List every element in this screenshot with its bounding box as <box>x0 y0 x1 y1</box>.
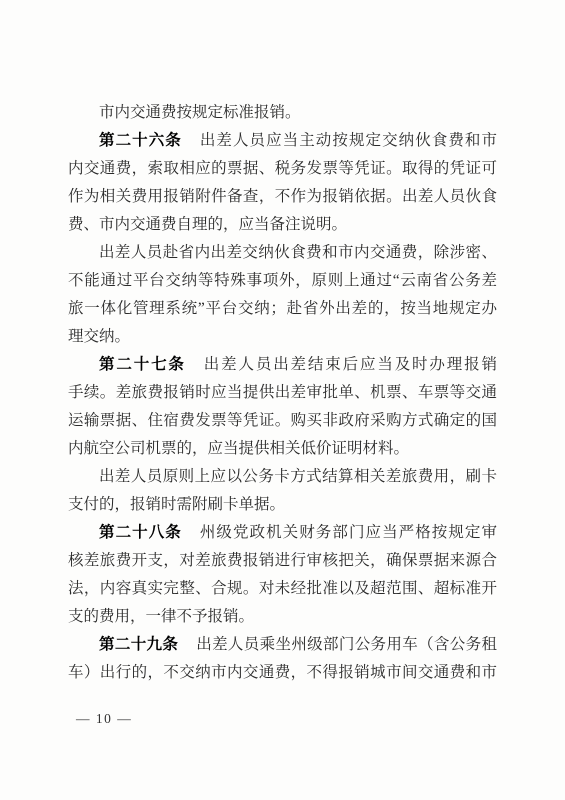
line-text: 车）出行的，不交纳市内交通费，不得报销城市间交通费和市 <box>68 664 497 681</box>
doc-line-article-28: 第二十八条州级党政机关财务部门应当严格按规定审 <box>68 519 497 547</box>
doc-line: 旅一体化管理系统”平台交纳；赴省外出差的，按当地规定办 <box>68 295 497 323</box>
line-text: 州级党政机关财务部门应当严格按规定审 <box>200 524 497 541</box>
doc-line: 支付的，报销时需附刷卡单据。 <box>68 491 497 519</box>
doc-line: 手续。差旅费报销时应当提供出差审批单、机票、车票等交通 <box>68 379 497 407</box>
doc-line: 核差旅费开支，对差旅费报销进行审核把关，确保票据来源合 <box>68 547 497 575</box>
doc-line: 法，内容真实完整、合规。对未经批准以及超范围、超标准开 <box>68 575 497 603</box>
doc-line-article-27: 第二十七条出差人员出差结束后应当及时办理报销 <box>68 351 497 379</box>
line-text: 不能通过平台交纳等特殊事项外，原则上通过“云南省公务差 <box>68 272 497 289</box>
doc-line: 内航空公司机票的，应当提供相关低价证明材料。 <box>68 435 497 463</box>
article-number: 第二十九条 <box>99 636 178 653</box>
doc-line: 费、市内交通费自理的，应当备注说明。 <box>68 211 497 239</box>
line-text: 手续。差旅费报销时应当提供出差审批单、机票、车票等交通 <box>68 384 497 401</box>
line-text: 出差人员原则上应以公务卡方式结算相关差旅费用，刷卡 <box>99 468 497 485</box>
line-text: 作为相关费用报销附件备查，不作为报销依据。出差人员伙食 <box>68 188 497 205</box>
doc-line-article-29: 第二十九条出差人员乘坐州级部门公务用车（含公务租 <box>68 631 497 659</box>
line-text: 内航空公司机票的，应当提供相关低价证明材料。 <box>68 440 409 457</box>
line-text: 费、市内交通费自理的，应当备注说明。 <box>68 216 347 233</box>
doc-line-article-26: 第二十六条出差人员应当主动按规定交纳伙食费和市 <box>68 127 497 155</box>
article-number: 第二十七条 <box>99 356 186 373</box>
doc-line: 内交通费，索取相应的票据、税务发票等凭证。取得的凭证可 <box>68 155 497 183</box>
doc-line: 作为相关费用报销附件备查，不作为报销依据。出差人员伙食 <box>68 183 497 211</box>
line-text: 核差旅费开支，对差旅费报销进行审核把关，确保票据来源合 <box>68 552 497 569</box>
article-number: 第二十六条 <box>99 132 182 149</box>
doc-line: 运输票据、住宿费发票等凭证。购买非政府采购方式确定的国 <box>68 407 497 435</box>
line-text: 市内交通费按规定标准报销。 <box>99 104 301 121</box>
doc-line: 出差人员赴省内出差交纳伙食费和市内交通费，除涉密、 <box>68 239 497 267</box>
line-text: 理交纳。 <box>68 328 130 345</box>
doc-line: 车）出行的，不交纳市内交通费，不得报销城市间交通费和市 <box>68 659 497 687</box>
line-text: 法，内容真实完整、合规。对未经批准以及超范围、超标准开 <box>68 580 497 597</box>
document-body: 市内交通费按规定标准报销。 第二十六条出差人员应当主动按规定交纳伙食费和市 内交… <box>0 0 565 733</box>
doc-line: 理交纳。 <box>68 323 497 351</box>
doc-line: 不能通过平台交纳等特殊事项外，原则上通过“云南省公务差 <box>68 267 497 295</box>
line-text: 出差人员乘坐州级部门公务用车（含公务租 <box>196 636 497 653</box>
page-number: — 10 — <box>76 705 565 733</box>
line-text: 支的费用，一律不予报销。 <box>68 608 254 625</box>
line-text: 旅一体化管理系统”平台交纳；赴省外出差的，按当地规定办 <box>68 300 497 317</box>
doc-line: 市内交通费按规定标准报销。 <box>68 99 497 127</box>
document-page: 市内交通费按规定标准报销。 第二十六条出差人员应当主动按规定交纳伙食费和市 内交… <box>0 0 565 800</box>
line-text: 内交通费，索取相应的票据、税务发票等凭证。取得的凭证可 <box>68 160 497 177</box>
doc-line: 出差人员原则上应以公务卡方式结算相关差旅费用，刷卡 <box>68 463 497 491</box>
line-text: 支付的，报销时需附刷卡单据。 <box>68 496 285 513</box>
line-text: 出差人员出差结束后应当及时办理报销 <box>204 356 497 373</box>
article-number: 第二十八条 <box>99 524 182 541</box>
line-text: 出差人员应当主动按规定交纳伙食费和市 <box>200 132 497 149</box>
doc-line: 支的费用，一律不予报销。 <box>68 603 497 631</box>
line-text: 运输票据、住宿费发票等凭证。购买非政府采购方式确定的国 <box>68 412 497 429</box>
line-text: 出差人员赴省内出差交纳伙食费和市内交通费，除涉密、 <box>99 244 497 261</box>
